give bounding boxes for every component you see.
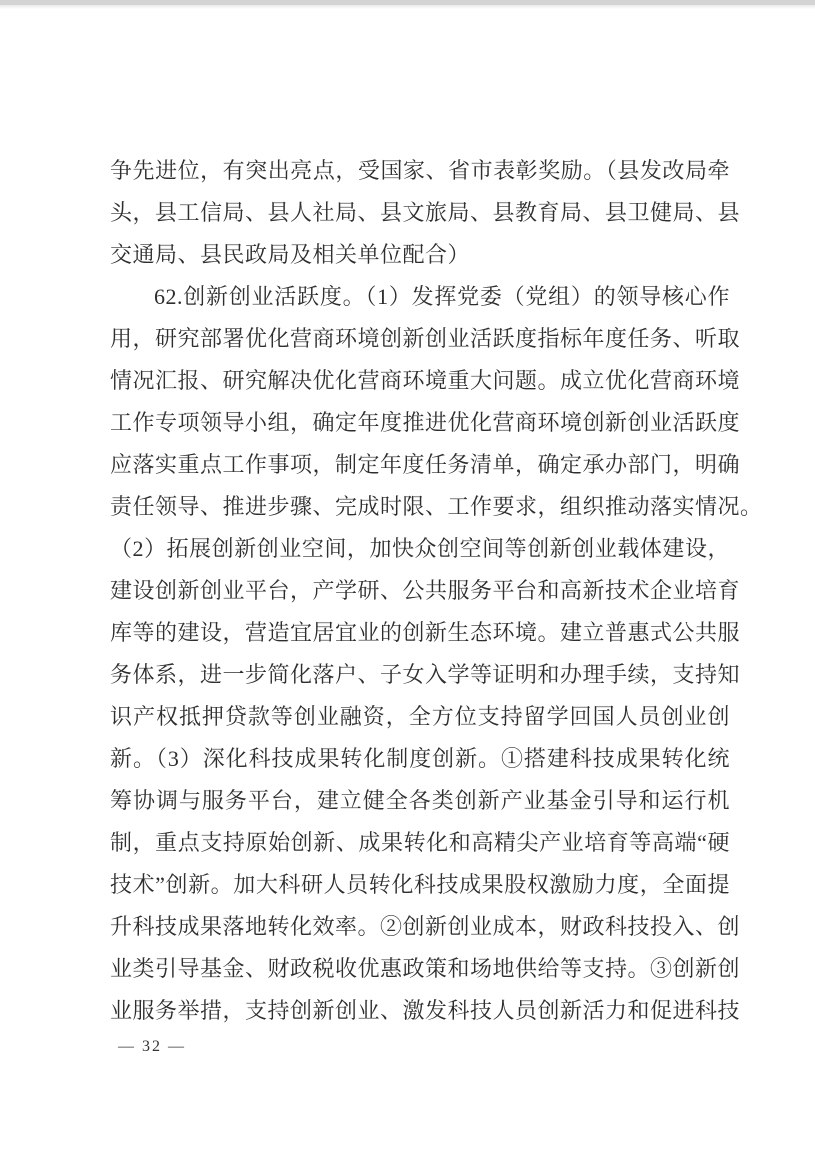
text-line: 责任领导、推进步骤、完成时限、工作要求，组织推动落实情况。 [110,486,730,528]
scan-edge-top [0,0,815,5]
text-line: 识产权抵押贷款等创业融资，全方位支持留学回国人员创业创 [110,696,730,738]
text-line: 头，县工信局、县人社局、县文旅局、县教育局、县卫健局、县 [110,192,730,234]
text-line: 争先进位，有突出亮点，受国家、省市表彰奖励。（县发改局牵 [110,150,730,192]
text-line: 业类引导基金、财政税收优惠政策和场地供给等支持。③创新创 [110,948,730,990]
text-line: 应落实重点工作事项，制定年度任务清单，确定承办部门，明确 [110,444,730,486]
text-line: 升科技成果落地转化效率。②创新创业成本，财政科技投入、创 [110,906,730,948]
page-number: — 32 — [118,1038,186,1056]
text-line: 用，研究部署优化营商环境创新创业活跃度指标年度任务、听取 [110,318,730,360]
text-line: 务体系，进一步简化落户、子女入学等证明和办理手续，支持知 [110,654,730,696]
text-line: 交通局、县民政局及相关单位配合） [110,234,730,276]
text-line: （2）拓展创新创业空间，加快众创空间等创新创业载体建设， [110,528,730,570]
text-line: 筹协调与服务平台，建立健全各类创新产业基金引导和运行机 [110,780,730,822]
text-line: 62.创新创业活跃度。（1）发挥党委（党组）的领导核心作 [110,276,730,318]
text-line: 业服务举措，支持创新创业、激发科技人员创新活力和促进科技 [110,990,730,1032]
text-line: 新。（3）深化科技成果转化制度创新。①搭建科技成果转化统 [110,738,730,780]
text-line: 建设创新创业平台，产学研、公共服务平台和高新技术企业培育 [110,570,730,612]
text-block: 争先进位，有突出亮点，受国家、省市表彰奖励。（县发改局牵头，县工信局、县人社局、… [110,150,730,1032]
text-line: 技术”创新。加大科研人员转化科技成果股权激励力度，全面提 [110,864,730,906]
text-line: 库等的建设，营造宜居宜业的创新生态环境。建立普惠式公共服 [110,612,730,654]
document-page: 争先进位，有突出亮点，受国家、省市表彰奖励。（县发改局牵头，县工信局、县人社局、… [0,0,815,1169]
text-line: 情况汇报、研究解决优化营商环境重大问题。成立优化营商环境 [110,360,730,402]
text-line: 制，重点支持原始创新、成果转化和高精尖产业培育等高端“硬 [110,822,730,864]
text-line: 工作专项领导小组，确定年度推进优化营商环境创新创业活跃度 [110,402,730,444]
